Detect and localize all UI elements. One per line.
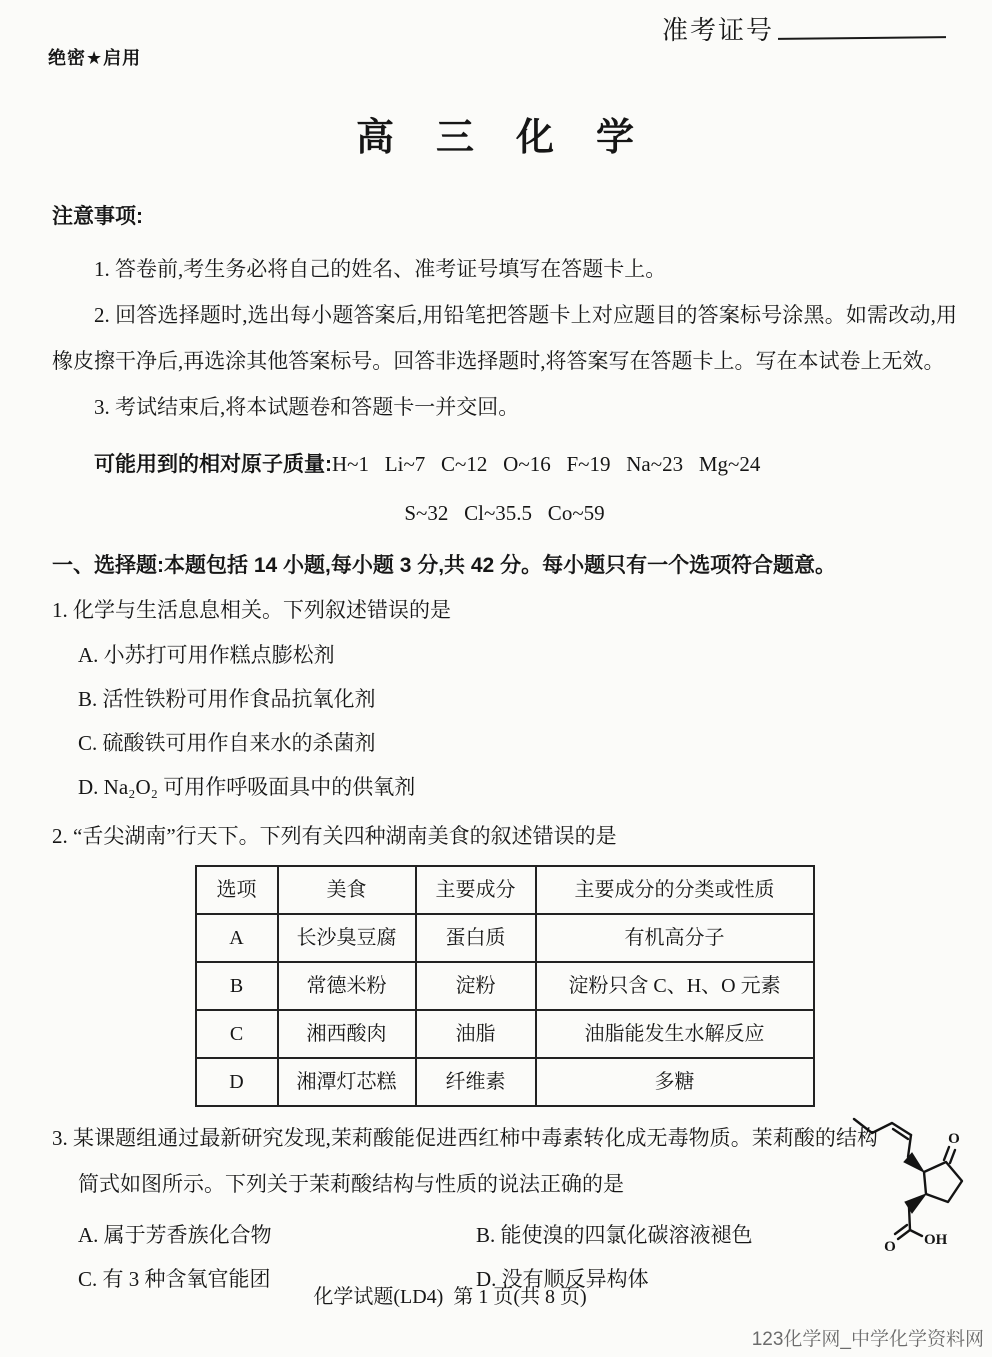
table-cell: 油脂	[416, 1010, 536, 1058]
question-2: 2. “舌尖湖南”行天下。下列有关四种湖南美食的叙述错误的是 选项 美食 主要成…	[52, 813, 957, 1107]
admission-number-label: 准考证号	[662, 16, 774, 45]
table-cell: 有机高分子	[536, 914, 814, 962]
food-table-header: 选项	[196, 866, 278, 914]
table-cell: 纤维素	[416, 1058, 536, 1106]
atomic-masses-line2: S~32 Cl~35.5 Co~59	[52, 489, 957, 537]
table-row: A 长沙臭豆腐 蛋白质 有机高分子	[196, 914, 814, 962]
table-cell: 油脂能发生水解反应	[536, 1010, 814, 1058]
table-cell: 常德米粉	[278, 962, 416, 1010]
table-cell: 湘潭灯芯糕	[278, 1058, 416, 1106]
ketone-double-bond-2	[950, 1150, 955, 1163]
exam-paper-page: 准考证号 绝密★启用 高 三 化 学 注意事项: 1. 答卷前,考生务必将自己的…	[0, 0, 992, 1357]
question-2-stem: 2. “舌尖湖南”行天下。下列有关四种湖南美食的叙述错误的是	[52, 813, 957, 859]
atomic-masses-block: 可能用到的相对原子质量:H~1 Li~7 C~12 O~16 F~19 Na~2…	[52, 440, 957, 537]
food-table: 选项 美食 主要成分 主要成分的分类或性质 A 长沙臭豆腐 蛋白质 有机高分子 …	[195, 865, 815, 1107]
question-3-option-b: B. 能使溴的四氯化碳溶液褪色	[450, 1213, 832, 1257]
watermark-text: 123化学网_中学化学资料网	[752, 1324, 984, 1351]
table-cell: A	[196, 914, 278, 962]
jasmonic-acid-structure-image: O O OH	[834, 1103, 992, 1291]
jasmonic-acid-structure-svg: O O OH	[834, 1103, 992, 1291]
food-table-header: 美食	[278, 866, 416, 914]
admission-number-blank-line	[778, 36, 946, 40]
question-1-option-b: B. 活性铁粉可用作食品抗氧化剂	[52, 677, 957, 721]
atomic-masses-label: 可能用到的相对原子质量:	[94, 453, 332, 476]
atomic-masses-values: H~1 Li~7 C~12 O~16 F~19 Na~23 Mg~24	[332, 452, 760, 476]
acid-hydroxyl-label: OH	[924, 1232, 948, 1248]
table-cell: D	[196, 1058, 278, 1106]
ketone-double-bond-1	[944, 1147, 949, 1160]
question-1: 1. 化学与生活息息相关。下列叙述错误的是 A. 小苏打可用作糕点膨松剂 B. …	[52, 587, 957, 809]
notice-item-1: 1. 答卷前,考生务必将自己的姓名、准考证号填写在答题卡上。	[52, 246, 957, 292]
table-cell: 淀粉只含 C、H、O 元素	[536, 962, 814, 1010]
notice-item-2: 2. 回答选择题时,选出每小题答案后,用铅笔把答题卡上对应题目的答案标号涂黑。如…	[52, 292, 957, 384]
paper-body: 注意事项: 1. 答卷前,考生务必将自己的姓名、准考证号填写在答题卡上。 2. …	[52, 202, 957, 1301]
table-row: B 常德米粉 淀粉 淀粉只含 C、H、O 元素	[196, 962, 814, 1010]
notice-item-3: 3. 考试结束后,将本试题卷和答题卡一并交回。	[52, 384, 957, 430]
side-chain-bonds	[854, 1119, 911, 1135]
table-cell: 湘西酸肉	[278, 1010, 416, 1058]
acid-oh-bond	[910, 1230, 922, 1236]
table-cell: 淀粉	[416, 962, 536, 1010]
atomic-masses-line1: 可能用到的相对原子质量:H~1 Li~7 C~12 O~16 F~19 Na~2…	[52, 440, 957, 489]
acid-oxygen-label: O	[884, 1239, 896, 1255]
table-cell: B	[196, 962, 278, 1010]
page-title: 高 三 化 学	[0, 106, 992, 161]
table-row: C 湘西酸肉 油脂 油脂能发生水解反应	[196, 1010, 814, 1058]
admission-number-field: 准考证号	[662, 10, 946, 47]
food-table-header-row: 选项 美食 主要成分 主要成分的分类或性质	[196, 866, 814, 914]
question-1-stem: 1. 化学与生活息息相关。下列叙述错误的是	[52, 587, 957, 633]
notice-heading: 注意事项:	[52, 202, 957, 232]
ketone-oxygen-label: O	[948, 1131, 960, 1147]
food-table-header: 主要成分	[416, 866, 536, 914]
table-row: D 湘潭灯芯糕 纤维素 多糖	[196, 1058, 814, 1106]
cyclopentanone-ring	[924, 1162, 962, 1202]
secrecy-label: 绝密★启用	[48, 44, 141, 70]
question-3-option-a: A. 属于芳香族化合物	[52, 1213, 450, 1257]
section-1-heading: 一、选择题:本题包括 14 小题,每小题 3 分,共 42 分。每小题只有一个选…	[52, 549, 957, 583]
table-cell: 长沙臭豆腐	[278, 914, 416, 962]
table-cell: 多糖	[536, 1058, 814, 1106]
question-1-option-a: A. 小苏打可用作糕点膨松剂	[52, 633, 957, 677]
food-table-header: 主要成分的分类或性质	[536, 866, 814, 914]
table-cell: C	[196, 1010, 278, 1058]
question-3: 3. 某课题组通过最新研究发现,茉莉酸能促进西红柿中毒素转化成无毒物质。茉莉酸的…	[52, 1115, 957, 1301]
question-1-option-c: C. 硫酸铁可用作自来水的杀菌剂	[52, 721, 957, 765]
question-3-stem: 3. 某课题组通过最新研究发现,茉莉酸能促进西红柿中毒素转化成无毒物质。茉莉酸的…	[52, 1115, 878, 1207]
table-cell: 蛋白质	[416, 914, 536, 962]
page-footer: 化学试题(LD4) 第 1 页(共 8 页)	[0, 1280, 900, 1309]
question-1-option-d: D. Na₂O₂ 可用作呼吸面具中的供氧剂	[52, 765, 957, 809]
arm-bond	[909, 1207, 910, 1230]
